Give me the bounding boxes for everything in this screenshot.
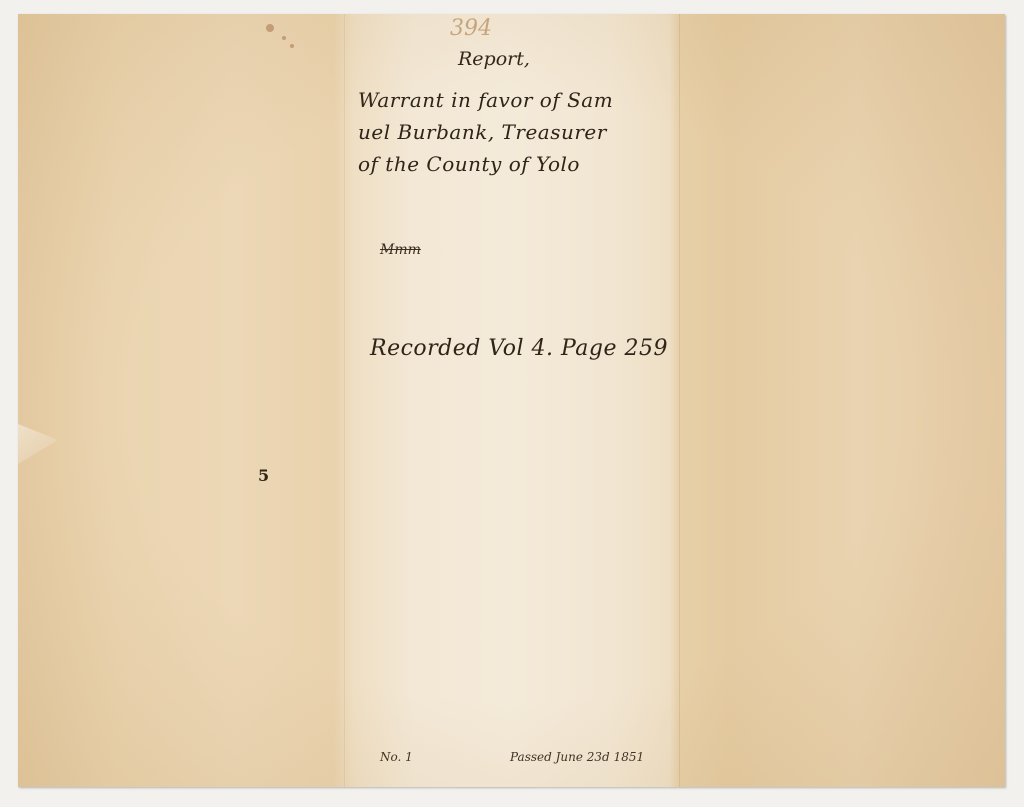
margin-mark: 5 bbox=[258, 466, 269, 485]
description-line-3: of the County of Yolo bbox=[358, 152, 580, 176]
footer-passed-date: Passed June 23d 1851 bbox=[510, 750, 644, 764]
fold-line-left bbox=[344, 14, 346, 787]
stain-spot bbox=[266, 24, 274, 32]
pencil-number: 394 bbox=[450, 16, 492, 41]
description-line-2: uel Burbank, Treasurer bbox=[358, 120, 607, 144]
fold-line-right bbox=[678, 14, 680, 787]
paper-tear bbox=[18, 424, 58, 464]
recorded-note: Recorded Vol 4. Page 259 bbox=[370, 336, 668, 361]
stain-spot bbox=[282, 36, 286, 40]
stain-spot bbox=[290, 44, 294, 48]
document-heading: Report, bbox=[458, 48, 530, 70]
manuscript-page: 394 Report, Warrant in favor of Sam uel … bbox=[18, 14, 1005, 787]
crossed-out-text: Mmm bbox=[380, 242, 421, 258]
footer-number: No. 1 bbox=[380, 750, 413, 764]
description-line-1: Warrant in favor of Sam bbox=[358, 88, 613, 112]
